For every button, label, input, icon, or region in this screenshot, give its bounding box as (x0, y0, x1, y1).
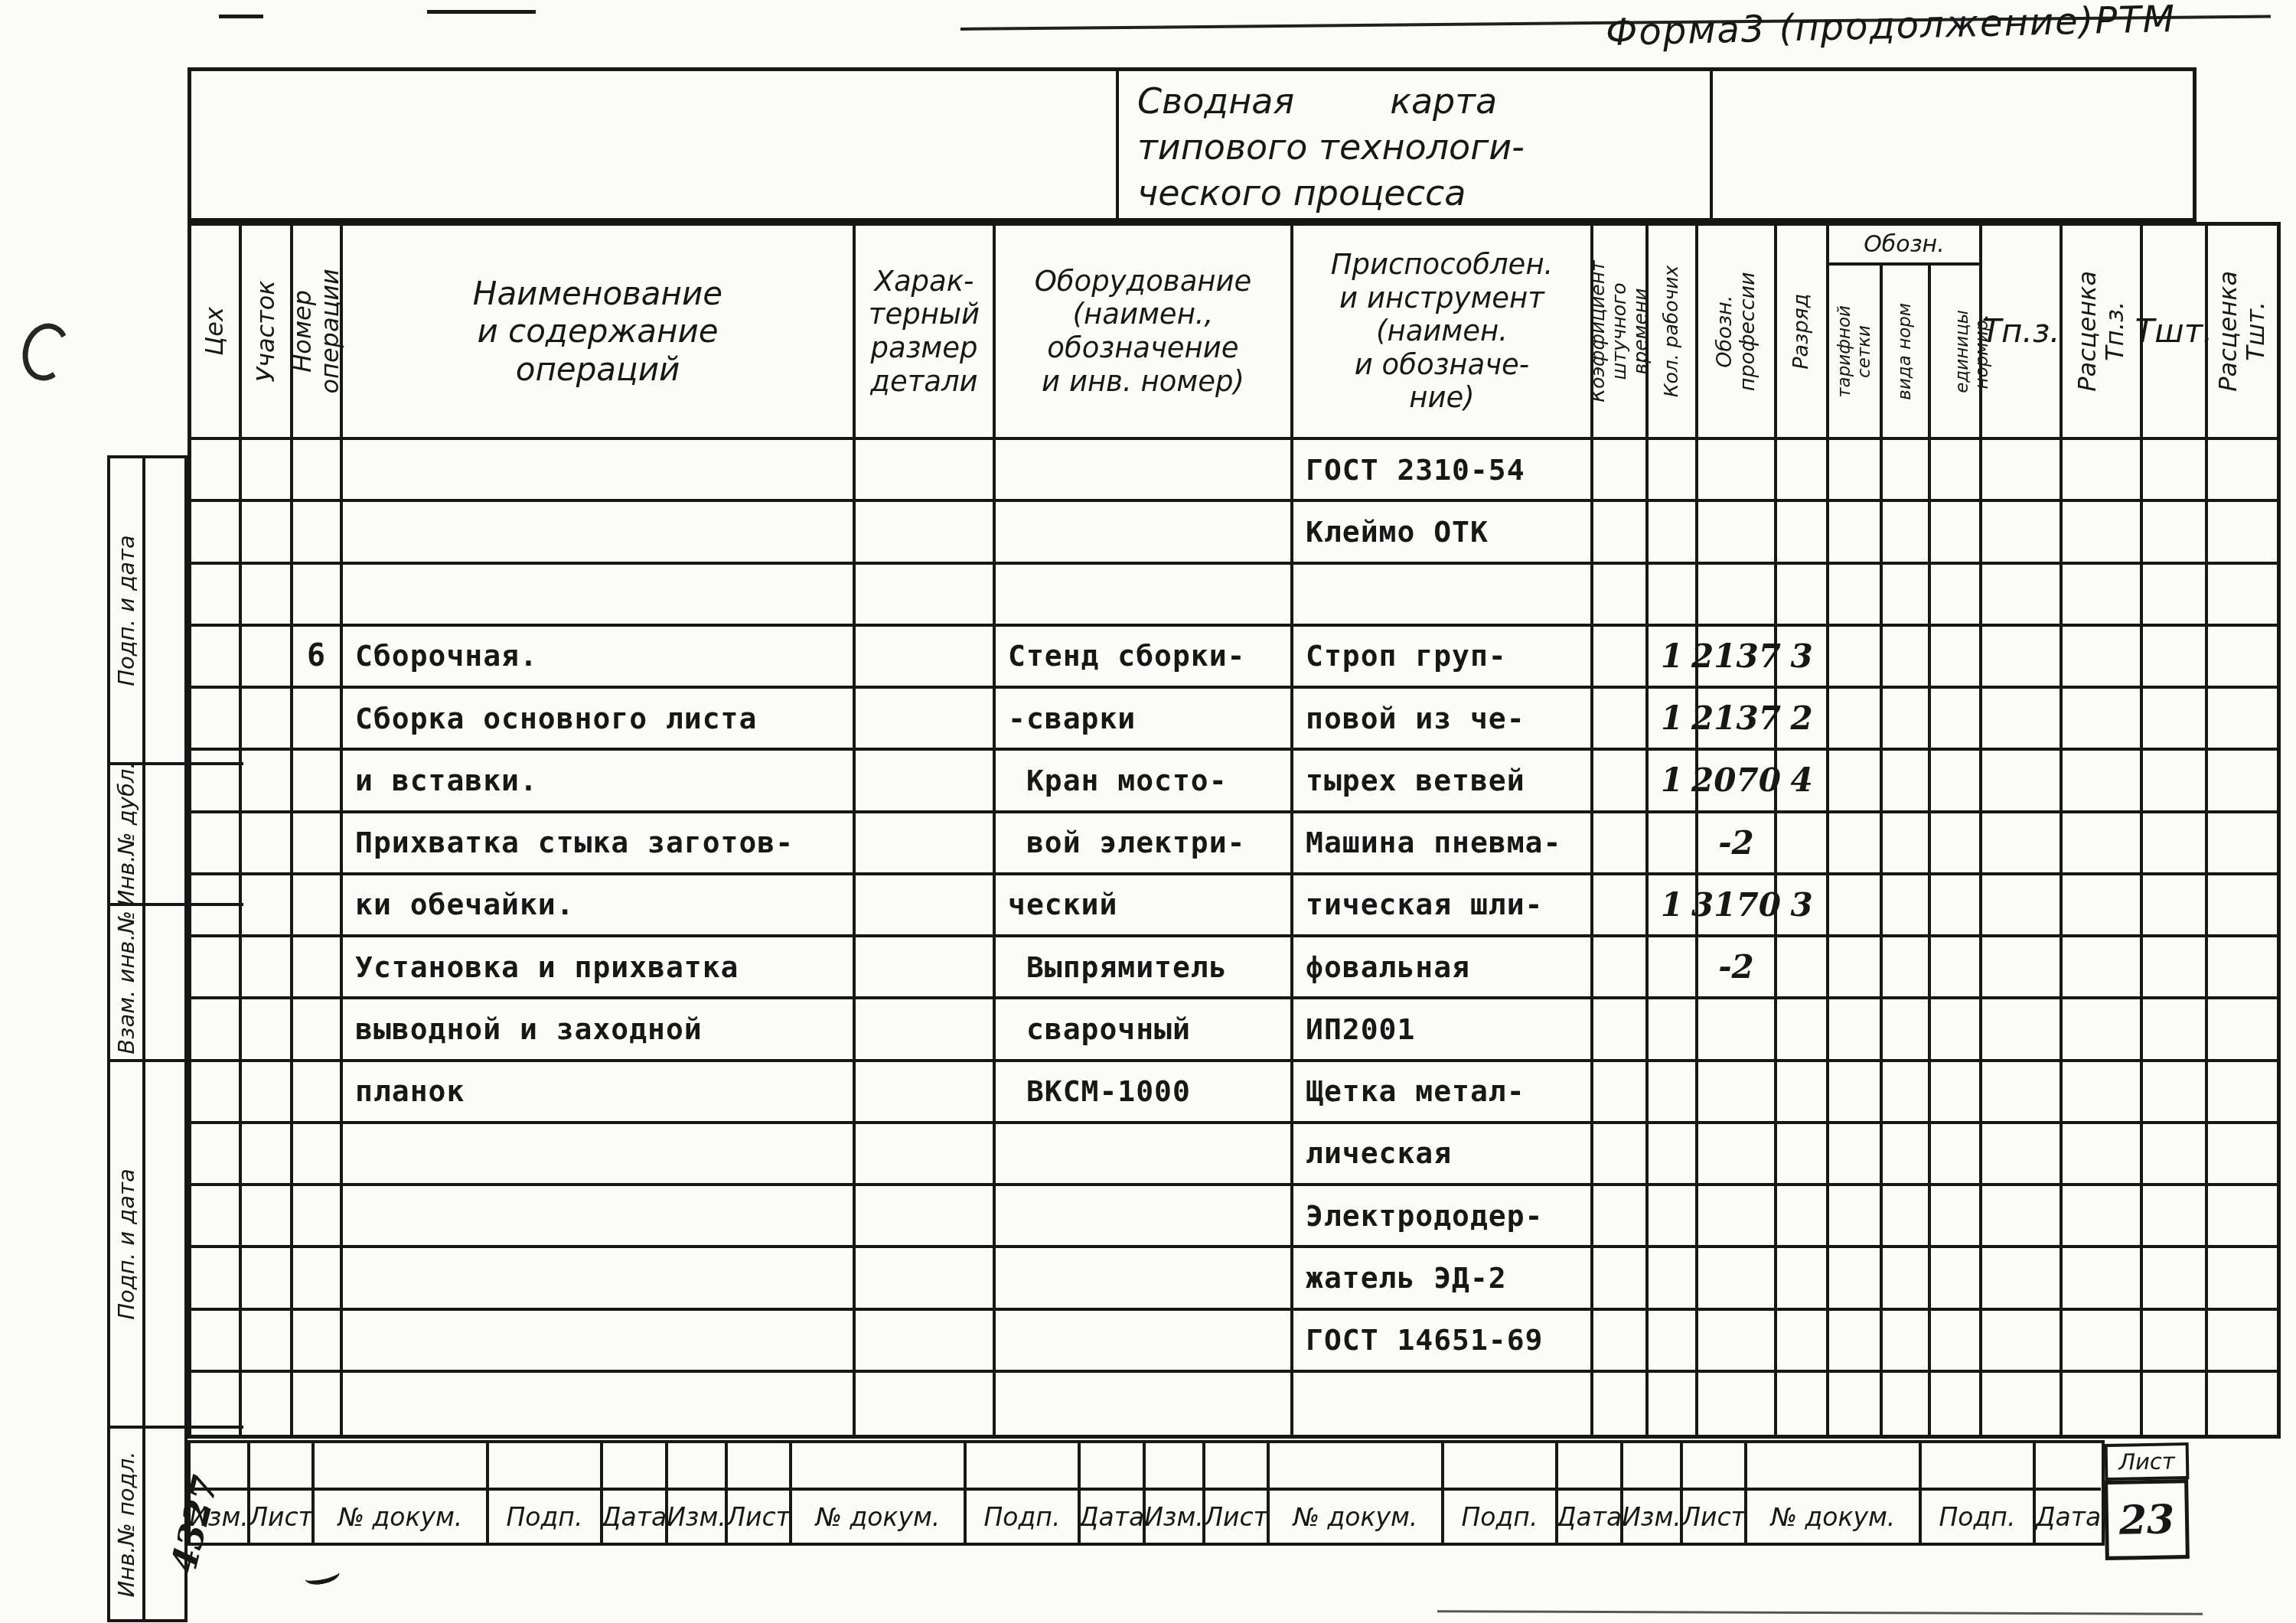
cell-norm-unit (1931, 1311, 1982, 1373)
cell-workers-count (1649, 1062, 1698, 1124)
cell-grade (1777, 1311, 1829, 1373)
cell-norm-unit (1931, 875, 1982, 937)
cell-tpz (1982, 565, 2063, 627)
col-header-oper-number: Номер операции (293, 226, 343, 440)
cell-profession-code (1698, 1062, 1777, 1124)
cell-norm-unit (1931, 565, 1982, 627)
cell-tsht (2143, 813, 2208, 875)
sheet-number: 23 (2118, 1496, 2174, 1543)
cell-char-size (856, 440, 996, 502)
cell-tsht (2143, 875, 2208, 937)
cell-rate-tsht (2208, 502, 2277, 564)
cell-equipment: вой электри- (996, 813, 1293, 875)
cell-uchastok (242, 875, 293, 937)
cell-norm-unit (1931, 1062, 1982, 1124)
cell-norm-unit (1931, 627, 1982, 689)
cell-norm-type (1883, 502, 1931, 564)
cell-norm-type (1883, 937, 1931, 999)
cell-norm-type (1883, 1124, 1931, 1186)
document-title: Сводная карта типового технологи- ческог… (1119, 71, 1713, 218)
cell-norm-type (1883, 1373, 1931, 1435)
cell-tariff-grid (1829, 627, 1883, 689)
sidebar-empty-cell (145, 765, 243, 906)
cell-char-size (856, 751, 996, 813)
cell-tools: ГОСТ 2310-54 (1293, 440, 1593, 502)
revision-empty-cell (728, 1443, 792, 1491)
cell-profession-code (1698, 999, 1777, 1061)
revision-empty-cell (792, 1443, 967, 1491)
cell-tariff-grid (1829, 1124, 1883, 1186)
scan-dash-mark (219, 15, 263, 18)
cell-rate-tpz (2063, 751, 2143, 813)
cell-uchastok (242, 751, 293, 813)
cell-equipment: Стенд сборки- (996, 627, 1293, 689)
revision-empty-cell (1444, 1443, 1558, 1491)
cell-tpz (1982, 813, 2063, 875)
scanned-process-card-page: { "annotations": { "form_ref": "Форма3 (… (0, 0, 2296, 1623)
cell-tpz (1982, 1311, 2063, 1373)
cell-char-size (856, 1373, 996, 1435)
cell-grade (1777, 502, 1829, 564)
cell-operation-number (293, 689, 343, 751)
cell-grade: 2 (1777, 689, 1829, 751)
revision-label: Дата (1081, 1491, 1146, 1543)
cell-profession-code (1698, 502, 1777, 564)
revision-empty-cell (2036, 1443, 2101, 1491)
cell-rate-tsht (2208, 689, 2277, 751)
col-header-tpz: Тп.з. (1982, 226, 2063, 440)
cell-equipment: -сварки (996, 689, 1293, 751)
ink-smudge (17, 318, 76, 386)
cell-tsht (2143, 1124, 2208, 1186)
cell-uchastok (242, 1311, 293, 1373)
cell-norm-type (1883, 440, 1931, 502)
cell-char-size (856, 999, 996, 1061)
cell-uchastok (242, 1186, 293, 1248)
revision-label: Изм. (668, 1491, 728, 1543)
cell-norm-type (1883, 689, 1931, 751)
sidebar-empty-cell (145, 1062, 243, 1429)
title-band-empty-cell (1713, 71, 2193, 218)
cell-profession-code: 2137 (1698, 627, 1777, 689)
col-header-rate-tpz: Расценка Тп.з. (2063, 226, 2143, 440)
cell-norm-unit (1931, 813, 1982, 875)
sidebar-label-inv-podl: Инв.№ подл. (110, 1429, 145, 1619)
cell-tpz (1982, 1248, 2063, 1310)
revision-empty-cell (1205, 1443, 1270, 1491)
cell-tpz (1982, 627, 2063, 689)
cell-time-coeff (1593, 1186, 1649, 1248)
cell-equipment: Выпрямитель (996, 937, 1293, 999)
cell-profession-code: -2 (1698, 813, 1777, 875)
cell-tsht (2143, 1186, 2208, 1248)
cell-tsht (2143, 1311, 2208, 1373)
cell-uchastok (242, 502, 293, 564)
cell-tariff-grid (1829, 1186, 1883, 1248)
col-header-grade: Разряд (1777, 226, 1829, 440)
cell-workers-count (1649, 565, 1698, 627)
cell-tools: ГОСТ 14651-69 (1293, 1311, 1593, 1373)
cell-time-coeff (1593, 1248, 1649, 1310)
cell-time-coeff (1593, 1373, 1649, 1435)
cell-tsht (2143, 565, 2208, 627)
revision-label: № докум. (1270, 1491, 1444, 1543)
cell-rate-tsht (2208, 565, 2277, 627)
cell-tpz (1982, 502, 2063, 564)
cell-operation-number (293, 1186, 343, 1248)
cell-norm-type (1883, 565, 1931, 627)
cell-char-size (856, 565, 996, 627)
title-line: Сводная карта (1137, 79, 1704, 125)
cell-norm-type (1883, 875, 1931, 937)
revision-empty-cell (967, 1443, 1081, 1491)
cell-rate-tpz (2063, 502, 2143, 564)
col-header-tsht: Тшт. (2143, 226, 2208, 440)
cell-tools: Щетка метал- (1293, 1062, 1593, 1124)
cell-rate-tsht (2208, 627, 2277, 689)
cell-profession-code (1698, 1124, 1777, 1186)
revision-label: Дата (1558, 1491, 1623, 1543)
title-band-empty-cell (191, 71, 1119, 218)
cell-uchastok (242, 1124, 293, 1186)
cell-norm-type (1883, 751, 1931, 813)
cell-tools: Машина пневма- (1293, 813, 1593, 875)
cell-norm-unit (1931, 440, 1982, 502)
cell-tpz (1982, 751, 2063, 813)
cell-rate-tpz (2063, 1062, 2143, 1124)
cell-uchastok (242, 1062, 293, 1124)
cell-tariff-grid (1829, 565, 1883, 627)
sidebar-empty-cell (145, 906, 243, 1062)
cell-rate-tsht (2208, 1311, 2277, 1373)
cell-norm-type (1883, 999, 1931, 1061)
cell-tpz (1982, 937, 2063, 999)
cell-rate-tpz (2063, 1373, 2143, 1435)
cell-tools: ИП2001 (1293, 999, 1593, 1061)
cell-workers-count (1649, 1124, 1698, 1186)
cell-equipment (996, 1248, 1293, 1310)
revision-label: Дата (2036, 1491, 2101, 1543)
cell-grade (1777, 937, 1829, 999)
cell-grade (1777, 1186, 1829, 1248)
cell-norm-unit (1931, 1124, 1982, 1186)
sidebar-label-podp-i-data-2: Подп. и дата (110, 1062, 145, 1429)
cell-rate-tsht (2208, 999, 2277, 1061)
sidebar-empty-cell (145, 458, 243, 765)
revision-table: Изм.Лист№ докум.Подп.ДатаИзм.Лист№ докум… (188, 1440, 2105, 1546)
document-sidebar: Подп. и дата Инв.№ дубл. Взам. инв.№ Под… (107, 455, 188, 1622)
cell-equipment (996, 565, 1293, 627)
cell-rate-tpz (2063, 1124, 2143, 1186)
cell-tsht (2143, 999, 2208, 1061)
cell-tariff-grid (1829, 813, 1883, 875)
revision-empty-cell (1922, 1443, 2036, 1491)
cell-norm-unit (1931, 1373, 1982, 1435)
cell-tsht (2143, 937, 2208, 999)
cell-char-size (856, 813, 996, 875)
revision-empty-cell (315, 1443, 489, 1491)
cell-rate-tsht (2208, 751, 2277, 813)
scan-stray-line (1437, 1610, 2203, 1615)
cell-char-size (856, 937, 996, 999)
col-header-operation-name: Наименование и содержание операций (343, 226, 856, 440)
cell-tpz (1982, 1124, 2063, 1186)
cell-grade (1777, 1124, 1829, 1186)
cell-norm-unit (1931, 937, 1982, 999)
revision-label: Лист (1205, 1491, 1270, 1543)
cell-tsht (2143, 1248, 2208, 1310)
cell-operation-number (293, 502, 343, 564)
cell-operation-name (343, 502, 856, 564)
cell-operation-name (343, 565, 856, 627)
cell-rate-tpz (2063, 937, 2143, 999)
cell-uchastok (242, 813, 293, 875)
cell-rate-tpz (2063, 875, 2143, 937)
cell-tools (1293, 565, 1593, 627)
cell-rate-tsht (2208, 1186, 2277, 1248)
cell-operation-name (343, 1248, 856, 1310)
ink-smudge (303, 1563, 341, 1587)
cell-norm-type (1883, 1186, 1931, 1248)
cell-char-size (856, 1248, 996, 1310)
cell-tsht (2143, 627, 2208, 689)
sheet-label: Лист (2105, 1442, 2190, 1481)
revision-label: Подп. (1444, 1491, 1558, 1543)
cell-rate-tpz (2063, 565, 2143, 627)
cell-operation-name (343, 1186, 856, 1248)
cell-rate-tpz (2063, 1186, 2143, 1248)
cell-operation-number (293, 1124, 343, 1186)
cell-operation-name: ки обечайки. (343, 875, 856, 937)
revision-label: Изм. (1623, 1491, 1683, 1543)
cell-profession-code: 3170 (1698, 875, 1777, 937)
cell-rate-tsht (2208, 1248, 2277, 1310)
cell-time-coeff (1593, 875, 1649, 937)
revision-empty-cell (1683, 1443, 1747, 1491)
cell-uchastok (242, 440, 293, 502)
cell-tariff-grid (1829, 875, 1883, 937)
col-header-profession-code: Обозн. профессии (1698, 226, 1777, 440)
revision-empty-cell (1270, 1443, 1444, 1491)
cell-operation-name (343, 1373, 856, 1435)
cell-tsht (2143, 689, 2208, 751)
cell-rate-tsht (2208, 440, 2277, 502)
cell-grade: 3 (1777, 627, 1829, 689)
cell-operation-number (293, 1248, 343, 1310)
cell-rate-tpz (2063, 627, 2143, 689)
col-header-workers-count: Кол. рабочих (1649, 226, 1698, 440)
cell-time-coeff (1593, 1311, 1649, 1373)
revision-label: Лист (250, 1491, 315, 1543)
cell-workers-count (1649, 937, 1698, 999)
cell-tsht (2143, 751, 2208, 813)
revision-empty-cell (1146, 1443, 1205, 1491)
sheet-number-box: 23 (2104, 1479, 2190, 1560)
cell-time-coeff (1593, 1124, 1649, 1186)
cell-tariff-grid (1829, 937, 1883, 999)
cell-rate-tpz (2063, 440, 2143, 502)
cell-tariff-grid (1829, 1373, 1883, 1435)
cell-char-size (856, 1311, 996, 1373)
cell-grade: 3 (1777, 875, 1829, 937)
cell-norm-type (1883, 1311, 1931, 1373)
cell-time-coeff (1593, 937, 1649, 999)
revision-label: № докум. (315, 1491, 489, 1543)
cell-operation-number (293, 937, 343, 999)
cell-profession-code (1698, 1186, 1777, 1248)
cell-workers-count (1649, 1248, 1698, 1310)
cell-equipment: ческий (996, 875, 1293, 937)
cell-rate-tsht (2208, 937, 2277, 999)
cell-rate-tpz (2063, 1248, 2143, 1310)
cell-rate-tsht (2208, 1124, 2277, 1186)
cell-char-size (856, 627, 996, 689)
cell-norm-unit (1931, 1248, 1982, 1310)
revision-label: Подп. (1922, 1491, 2036, 1543)
process-table: Цех Участок Номер операции Наименование … (188, 222, 2281, 1439)
cell-char-size (856, 502, 996, 564)
col-header-char-size: Харак- терный размер детали (856, 226, 996, 440)
cell-rate-tsht (2208, 813, 2277, 875)
cell-uchastok (242, 937, 293, 999)
cell-tpz (1982, 875, 2063, 937)
revision-empty-cell (1081, 1443, 1146, 1491)
cell-char-size (856, 689, 996, 751)
cell-operation-name: планок (343, 1062, 856, 1124)
cell-operation-name (343, 1311, 856, 1373)
cell-norm-unit (1931, 751, 1982, 813)
cell-time-coeff (1593, 565, 1649, 627)
cell-tpz (1982, 999, 2063, 1061)
cell-workers-count (1649, 999, 1698, 1061)
cell-tariff-grid (1829, 751, 1883, 813)
cell-tariff-grid (1829, 689, 1883, 751)
cell-operation-number (293, 1311, 343, 1373)
cell-equipment (996, 1373, 1293, 1435)
cell-time-coeff (1593, 1062, 1649, 1124)
cell-operation-name (343, 1124, 856, 1186)
cell-uchastok (242, 1373, 293, 1435)
cell-workers-count (1649, 440, 1698, 502)
cell-norm-unit (1931, 502, 1982, 564)
revision-label: Подп. (967, 1491, 1081, 1543)
cell-tsht (2143, 440, 2208, 502)
revision-empty-cell (250, 1443, 315, 1491)
cell-norm-type (1883, 627, 1931, 689)
revision-empty-cell (1747, 1443, 1922, 1491)
cell-norm-type (1883, 1062, 1931, 1124)
cell-profession-code (1698, 1248, 1777, 1310)
col-header-equipment: Оборудование (наимен., обозначение и инв… (996, 226, 1293, 440)
cell-equipment: Кран мосто- (996, 751, 1293, 813)
cell-tools: лическая (1293, 1124, 1593, 1186)
cell-operation-name: выводной и заходной (343, 999, 856, 1061)
cell-grade (1777, 813, 1829, 875)
cell-operation-number (293, 813, 343, 875)
cell-tools (1293, 1373, 1593, 1435)
cell-operation-number (293, 565, 343, 627)
cell-operation-number (293, 751, 343, 813)
revision-empty-cell (1558, 1443, 1623, 1491)
col-header-obozn-group: Обозн. тарифной сетки вида норм единицы … (1829, 226, 1982, 440)
revision-empty-cell (191, 1443, 250, 1491)
cell-operation-number (293, 1373, 343, 1435)
cell-equipment (996, 1186, 1293, 1248)
cell-workers-count (1649, 813, 1698, 875)
cell-tariff-grid (1829, 1311, 1883, 1373)
cell-tpz (1982, 1062, 2063, 1124)
cell-operation-number (293, 1062, 343, 1124)
cell-operation-name: Прихватка стыка заготов- (343, 813, 856, 875)
cell-tools: тическая шли- (1293, 875, 1593, 937)
cell-tpz (1982, 689, 2063, 751)
cell-time-coeff (1593, 502, 1649, 564)
cell-workers-count (1649, 502, 1698, 564)
col-header-tariff-grid: тарифной сетки (1829, 266, 1883, 437)
cell-rate-tpz (2063, 1311, 2143, 1373)
cell-grade (1777, 1248, 1829, 1310)
cell-profession-code (1698, 1311, 1777, 1373)
cell-tariff-grid (1829, 999, 1883, 1061)
cell-tools: повой из че- (1293, 689, 1593, 751)
sidebar-label-vzam-inv: Взам. инв.№ (110, 906, 145, 1062)
cell-time-coeff (1593, 751, 1649, 813)
cell-equipment: сварочный (996, 999, 1293, 1061)
col-header-ceh: Цех (191, 226, 242, 440)
revision-label: Изм. (1146, 1491, 1205, 1543)
revision-label: № докум. (1747, 1491, 1922, 1543)
cell-uchastok (242, 999, 293, 1061)
obozn-group-label: Обозн. (1829, 226, 1979, 266)
cell-norm-unit (1931, 999, 1982, 1061)
cell-norm-unit (1931, 689, 1982, 751)
cell-operation-number (293, 999, 343, 1061)
cell-grade: 4 (1777, 751, 1829, 813)
revision-empty-cell (668, 1443, 728, 1491)
cell-equipment (996, 502, 1293, 564)
cell-tpz (1982, 1373, 2063, 1435)
cell-tariff-grid (1829, 1248, 1883, 1310)
cell-rate-tsht (2208, 875, 2277, 937)
cell-tools: тырех ветвей (1293, 751, 1593, 813)
cell-tariff-grid (1829, 1062, 1883, 1124)
cell-tools: Клеймо ОТК (1293, 502, 1593, 564)
cell-operation-number (293, 440, 343, 502)
cell-grade (1777, 1062, 1829, 1124)
cell-workers-count (1649, 1373, 1698, 1435)
cell-rate-tpz (2063, 999, 2143, 1061)
cell-tpz (1982, 440, 2063, 502)
cell-workers-count (1649, 1186, 1698, 1248)
sidebar-label-podp-i-data: Подп. и дата (110, 458, 145, 765)
title-line: ческого процесса (1137, 171, 1704, 217)
cell-tools: жатель ЭД-2 (1293, 1248, 1593, 1310)
cell-tsht (2143, 502, 2208, 564)
cell-rate-tpz (2063, 689, 2143, 751)
cell-time-coeff (1593, 999, 1649, 1061)
cell-char-size (856, 1062, 996, 1124)
form-reference-note: Форма3 (продолжение)РТМ (1605, 0, 2176, 54)
cell-rate-tpz (2063, 813, 2143, 875)
cell-profession-code (1698, 1373, 1777, 1435)
revision-label: Дата (603, 1491, 668, 1543)
cell-rate-tsht (2208, 1373, 2277, 1435)
cell-tpz (1982, 1186, 2063, 1248)
cell-grade (1777, 565, 1829, 627)
cell-time-coeff (1593, 440, 1649, 502)
cell-time-coeff (1593, 813, 1649, 875)
cell-uchastok (242, 689, 293, 751)
